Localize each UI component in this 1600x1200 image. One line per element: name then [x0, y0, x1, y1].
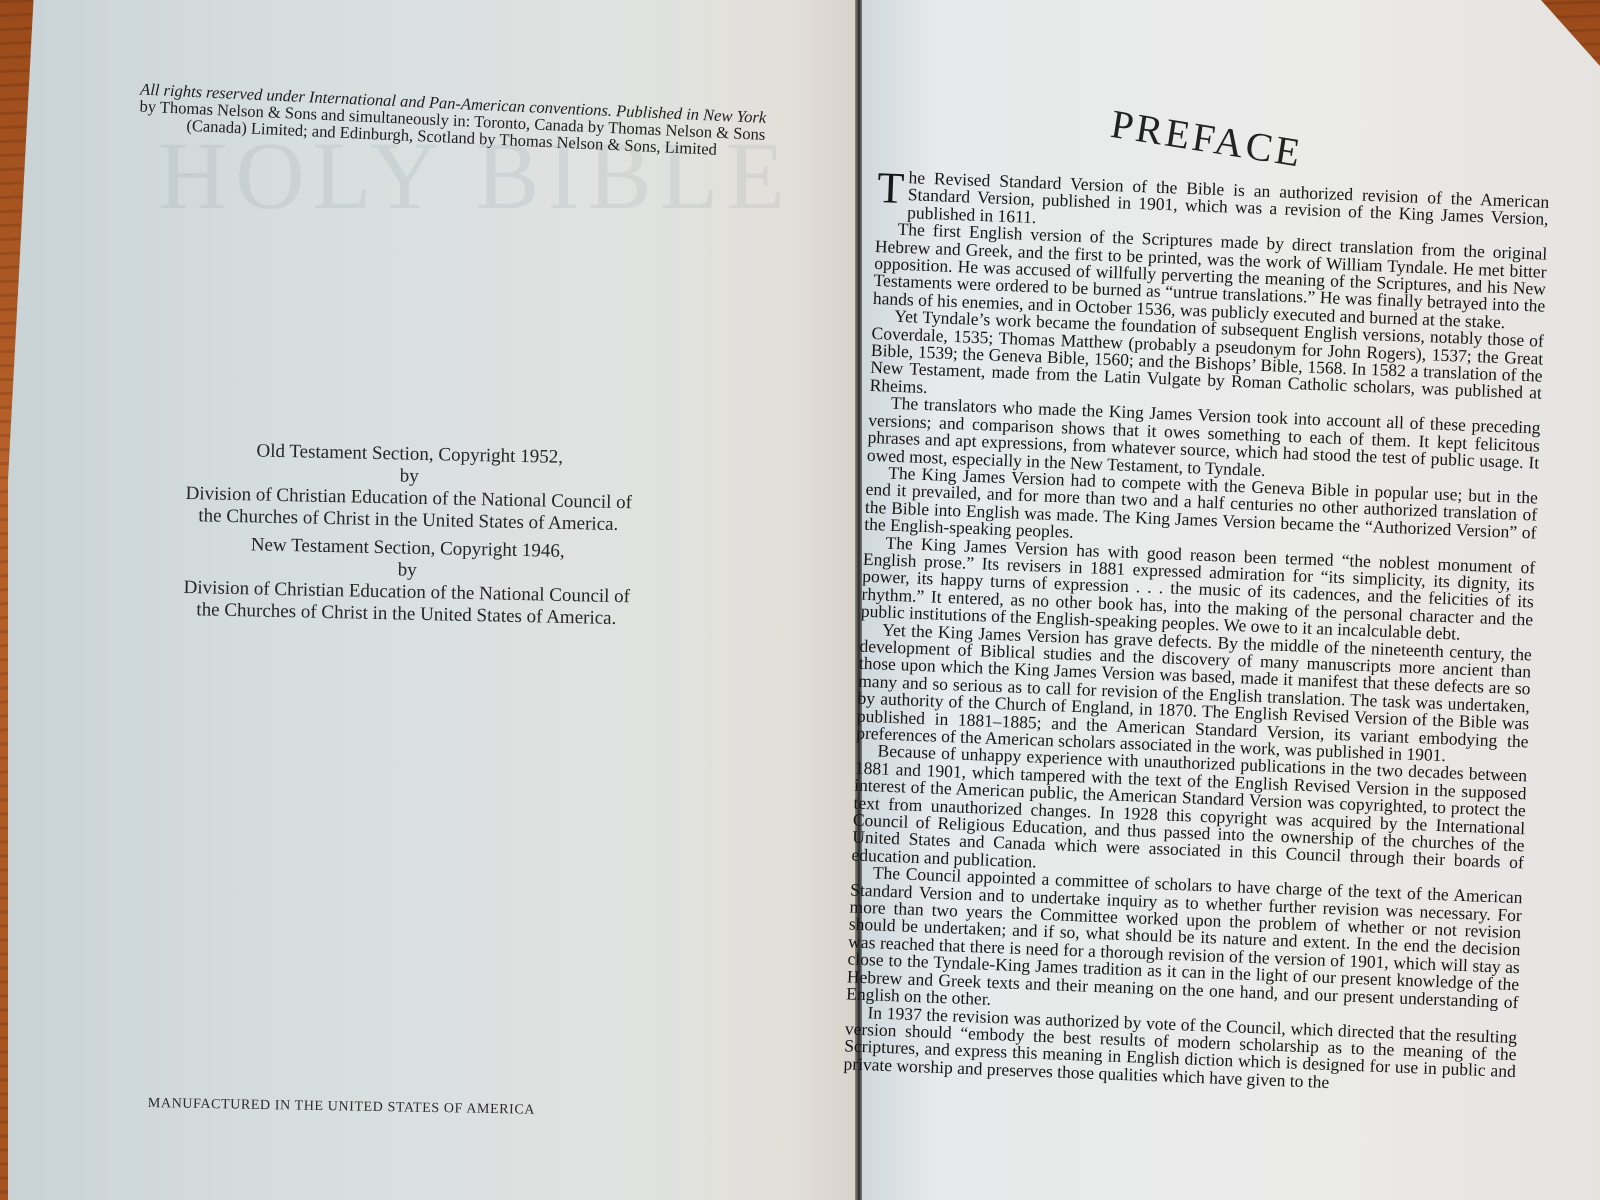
- preface-body: The Revised Standard Version of the Bibl…: [843, 168, 1549, 1098]
- copyright-block: Old Testament Section, Copyright 1952, b…: [136, 438, 680, 631]
- preface-paragraph: The Council appointed a committee of sch…: [846, 864, 1523, 1029]
- drop-cap: T: [877, 170, 909, 207]
